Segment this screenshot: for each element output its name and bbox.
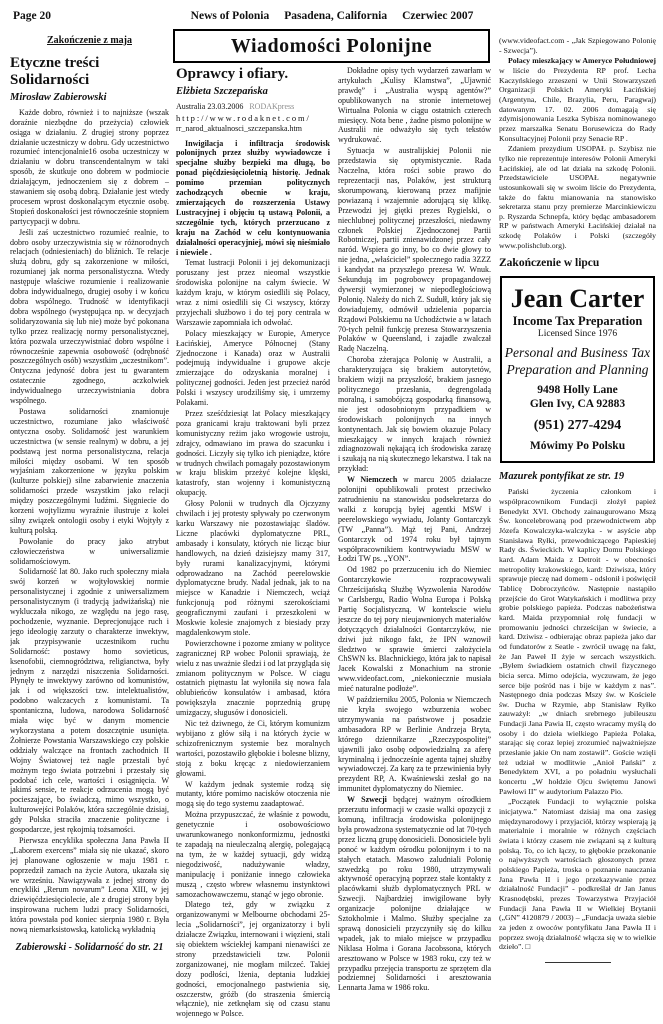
ad-address-line1: 9498 Holly Lane [504, 383, 651, 397]
paragraph: Dokładne opisy tych wydarzeń zawarłam w … [338, 66, 491, 145]
paragraph: Postawa solidarności znamionuje uczestni… [10, 407, 169, 536]
main-article-body-col3: Dokładne opisy tych wydarzeń zawarłam w … [338, 66, 491, 993]
masthead: News of Polonia Pasadena, California Cze… [173, 10, 491, 22]
paragraph: Solidarność lat 80. Jako ruch społeczny … [10, 567, 169, 834]
third-column: Dokładne opisy tych wydarzeń zawarłam w … [338, 66, 491, 1018]
masthead-date: Czerwiec 2007 [402, 10, 473, 22]
paragraph: Dlatego też, gdy w związku z organizowan… [176, 900, 330, 1018]
left-column: Zakończenie z maja Etyczne treści Solida… [10, 33, 169, 1018]
ad-tagline-1: Personal and Business Tax [504, 345, 651, 362]
paragraph: Zdaniem prezydium USOPAŁ p. Szybisz nie … [499, 144, 656, 250]
paragraph: W Niemczech w marcu 2005 działacze polon… [338, 475, 491, 564]
paragraph: (www.videofact.com - „Jak Szpiegowano Po… [499, 36, 656, 55]
paragraph: Powołanie do pracy jako atrybut człowiec… [10, 537, 169, 567]
paragraph: Od 1982 po przerzuceniu ich do Niemiec G… [338, 565, 491, 694]
section-title: Wiadomości Polonijne [231, 35, 432, 58]
paragraph: Temat lustracji Polonii i jej dekomuniza… [176, 258, 330, 327]
main-article-body-col2: Inwigilacja i infiltracja środowisk polo… [176, 139, 330, 1018]
paragraph: W Szwecji będącej ważnym ośrodkiem przer… [338, 795, 491, 993]
paragraph: Sytuacja w australijskiej Polonii nie pr… [338, 146, 491, 354]
article-url-line2: rr_narod_aktualnosci_szczepanska.htm [176, 124, 330, 134]
mazurek-heading: Mazurek pontyfikat ze str. 19 [499, 470, 656, 483]
left-article-title: Etyczne treści Solidarności [10, 55, 169, 87]
newspaper-page: Page 20 News of Polonia Pasadena, Califo… [0, 0, 663, 1024]
ad-service: Income Tax Preparation [504, 314, 651, 330]
dateline-place-date: Australia 23.03.2006 [176, 102, 243, 111]
paragraph: Inwigilacja i infiltracja środowisk polo… [176, 139, 330, 258]
paragraph: Można przypuszczać, że właśnie z powodu,… [176, 810, 330, 899]
main-article-body-col4: (www.videofact.com - „Jak Szpiegowano Po… [499, 36, 656, 250]
main-article-author: Elżbieta Szczepańska [176, 85, 330, 98]
paragraph: Pierwsza encyklika społeczna Jana Pawła … [10, 836, 169, 935]
ad-address-line2: Glen Ivy, CA 92883 [504, 397, 651, 411]
paragraph: Nic też dziwnego, że Ci, którym komunizm… [176, 719, 330, 778]
paragraph: W październiku 2005, Polonia w Niemczech… [338, 695, 491, 794]
paragraph: Pański życzenia członkom i współpracowni… [499, 487, 656, 796]
mazurek-body: Pański życzenia członkom i współpracowni… [499, 487, 656, 952]
paragraph: Polacy mieszkający w Ameryce Południowej… [499, 56, 656, 143]
left-article-body: Każde dobro, również i to najniższe (wsz… [10, 108, 169, 935]
paragraph: Przez sześćdziesiąt lat Polacy mieszkają… [176, 409, 330, 498]
left-article-author: Mirosław Zabierowski [10, 91, 169, 104]
paragraph: Jeśli zaś uczestnictwo rozumieć realnie,… [10, 228, 169, 406]
section-title-box: Wiadomości Polonijne [173, 29, 490, 63]
paragraph: Każde dobro, również i to najniższe (wsz… [10, 108, 169, 227]
press-agency: RODAKpress [249, 102, 294, 111]
paragraph: Choroba zżerająca Polonię w Australii, a… [338, 355, 491, 474]
masthead-title: News of Polonia [191, 10, 270, 22]
ad-language-note: Mówimy Po Polsku [504, 439, 651, 453]
article-url-line1: http://www.rodaknet.com/ [176, 113, 330, 124]
continuation-kicker: Zakończenie z maja [10, 35, 169, 47]
ad-licensed: Licensed Since 1976 [504, 329, 651, 341]
masthead-location: Pasadena, California [284, 10, 387, 22]
closing-heading: Zakończenie w lipcu [499, 256, 656, 270]
ad-name: Jean Carter [504, 285, 651, 312]
ad-tagline-2: Preparation and Planning [504, 362, 651, 379]
ad-jean-carter: Jean Carter Income Tax Preparation Licen… [500, 276, 655, 464]
middle-column: Oprawcy i ofiary. Elżbieta Szczepańska A… [176, 66, 330, 1018]
paragraph: „Początek Fundacji to wyłącznie polska i… [499, 797, 656, 952]
page-number: Page 20 [13, 10, 51, 22]
ad-phone: (951) 277-4294 [504, 417, 651, 434]
paragraph: Polacy mieszkający w Europie, Ameryce Ła… [176, 329, 330, 408]
paragraph: Powierzchowne i pozorne zmiany w polityc… [176, 639, 330, 718]
right-column: (www.videofact.com - „Jak Szpiegowano Po… [499, 36, 656, 1020]
continuation-note: Zabierowski - Solidarność do str. 21 [10, 942, 169, 954]
article-end-divider [545, 962, 611, 963]
main-article-title: Oprawcy i ofiary. [176, 66, 330, 82]
paragraph: W każdym jednak systemie rodzą się mutan… [176, 780, 330, 810]
paragraph: Głosy Polonii w trudnych dla Ojczyzny ch… [176, 499, 330, 638]
dateline: Australia 23.03.2006RODAKpress [176, 102, 330, 112]
